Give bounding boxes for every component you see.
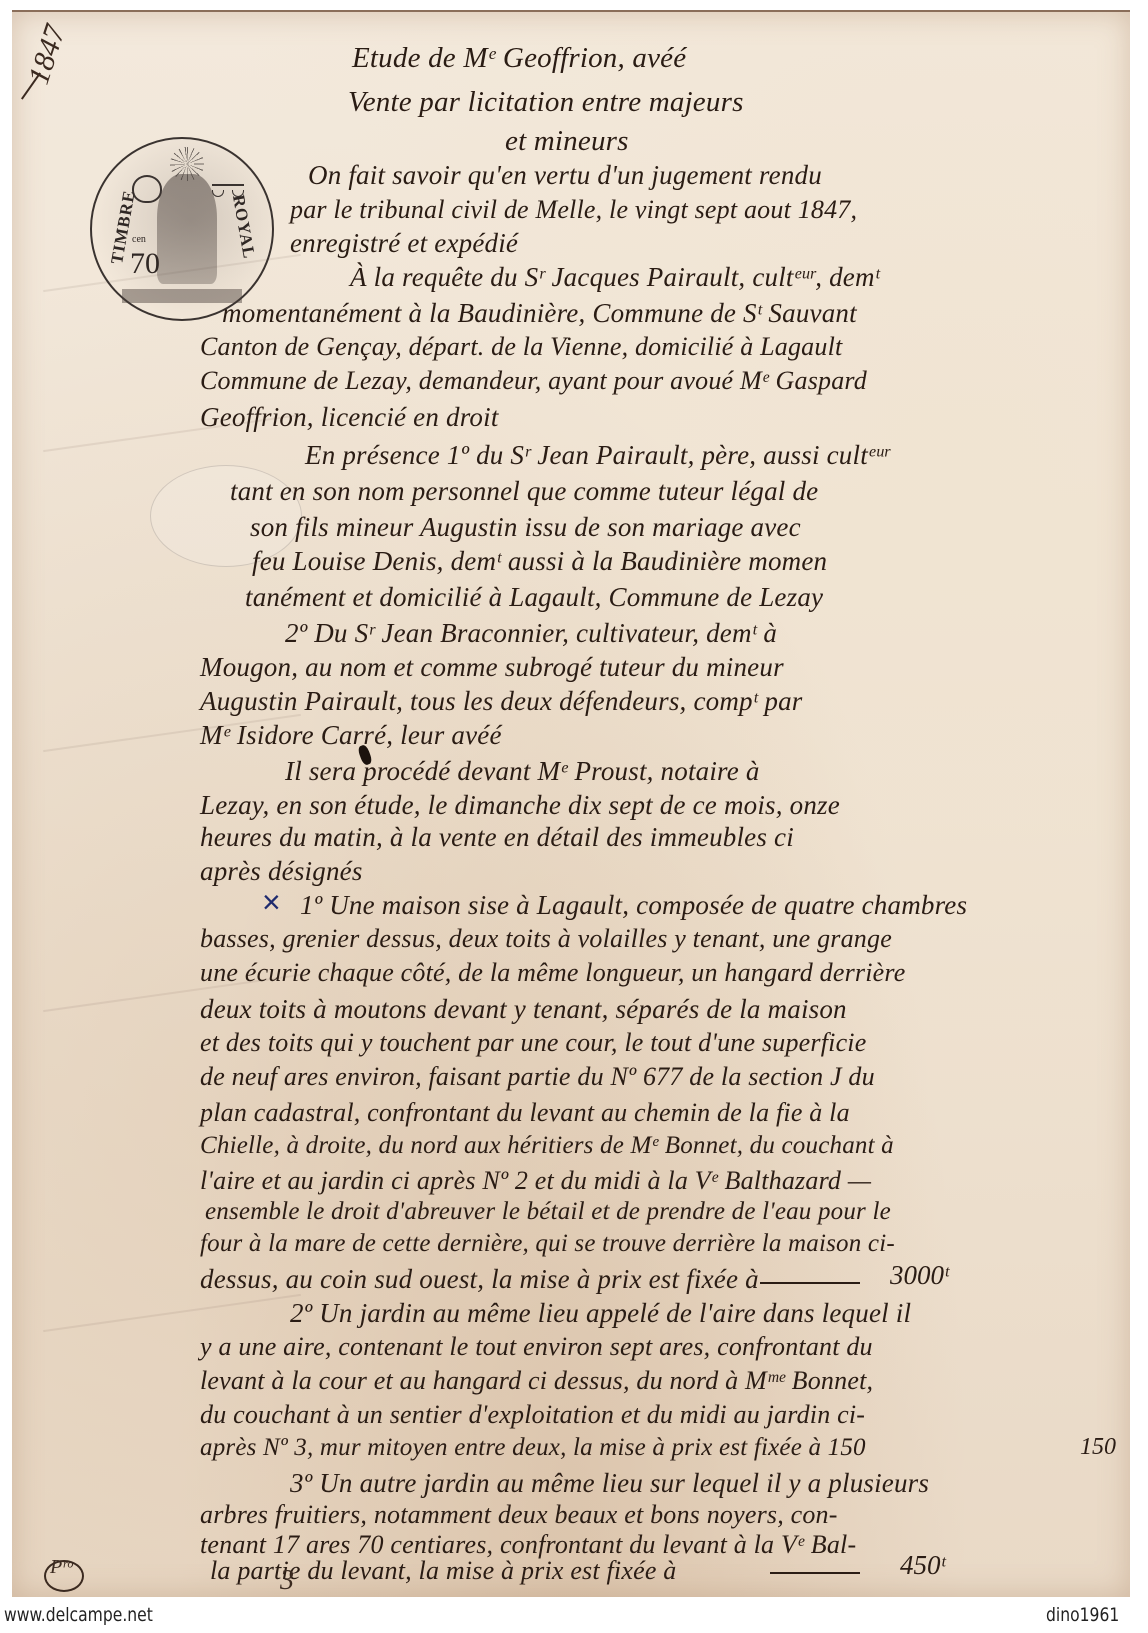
body-line: Il sera procédé devant Mᵉ Proust, notair… (285, 756, 760, 787)
lot-line: deux toits à moutons devant y tenant, sé… (200, 994, 847, 1025)
lot-line: de neuf ares environ, faisant partie du … (200, 1062, 875, 1092)
lot-line: Chielle, à droite, du nord aux héritiers… (200, 1132, 894, 1160)
seated-justice-figure-icon (157, 174, 217, 284)
lot-line: 3º Un autre jardin au même lieu sur lequ… (290, 1468, 929, 1499)
margin-initials-text: Pʳᵒ (50, 1556, 72, 1579)
header-etude: Etude de Mᵉ Geoffrion, avéé (352, 42, 686, 75)
stamp-right-text: ROYAL (228, 193, 259, 260)
watermark-seller: dino1961 (1046, 1604, 1119, 1626)
price-leader-line (770, 1572, 860, 1574)
lot-line: et des toits qui y touchent par une cour… (200, 1028, 866, 1058)
lot-line: du couchant à un sentier d'exploitation … (200, 1400, 865, 1430)
lot-line: plan cadastral, confrontant du levant au… (200, 1098, 850, 1128)
royal-tax-stamp: TIMBRE ROYAL cen 70 (90, 137, 274, 321)
lot-line: basses, grenier dessus, deux toits à vol… (200, 924, 892, 954)
header-title: Vente par licitation entre majeurs (348, 86, 744, 119)
body-line: momentanément à la Baudinière, Commune d… (222, 298, 857, 329)
stamp-cent-label: cen (132, 234, 146, 245)
body-line: son fils mineur Augustin issu de son mar… (250, 512, 801, 543)
body-line: tant en son nom personnel que comme tute… (230, 476, 818, 507)
blue-cross-mark: × (262, 884, 281, 921)
body-line: tanément et domicilié à Lagault, Commune… (245, 582, 823, 613)
lot-line: après Nº 3, mur mitoyen entre deux, la m… (200, 1434, 866, 1462)
lot-line: 2º Un jardin au même lieu appelé de l'ai… (290, 1298, 911, 1329)
body-line: Mougon, au nom et comme subrogé tuteur d… (200, 652, 784, 683)
lot3-price: 450ᵗ (900, 1550, 945, 1581)
lot2-price: 150 (1080, 1434, 1116, 1461)
price-leader-line (760, 1282, 860, 1284)
body-line: À la requête du Sʳ Jacques Pairault, cul… (350, 262, 879, 293)
lot1-price: 3000ᵗ (890, 1260, 949, 1291)
lot-line: 1º Une maison sise à Lagault, composée d… (300, 890, 967, 921)
lot-line: levant à la cour et au hangard ci dessus… (200, 1366, 873, 1396)
lot-line: four à la mare de cette dernière, qui se… (200, 1230, 895, 1258)
body-line: On fait savoir qu'en vertu d'un jugement… (308, 160, 822, 191)
stamp-value: 70 (130, 247, 160, 281)
margin-initials-mark: Pʳᵒ (44, 1560, 84, 1592)
watermark-site: www.delcampe.net (4, 1604, 153, 1626)
body-line: Augustin Pairault, tous les deux défende… (200, 686, 803, 717)
header-subtitle: et mineurs (505, 125, 629, 158)
lot-line: dessus, au coin sud ouest, la mise à pri… (200, 1264, 759, 1295)
body-line: Geoffrion, licencié en droit (200, 402, 499, 433)
lot-line: arbres fruitiers, notamment deux beaux e… (200, 1500, 838, 1530)
body-line: après désignés (200, 856, 363, 887)
body-line: Mᵉ Isidore Carré, leur avéé (200, 720, 502, 751)
lot-line: y a une aire, contenant le tout environ … (200, 1332, 873, 1362)
body-line: par le tribunal civil de Melle, le vingt… (290, 195, 857, 225)
body-line: enregistré et expédié (290, 228, 518, 259)
lot-line: une écurie chaque côté, de la même longu… (200, 958, 905, 988)
lot-line: l'aire et au jardin ci après Nº 2 et du … (200, 1166, 871, 1196)
body-line: 2º Du Sʳ Jean Braconnier, cultivateur, d… (285, 618, 777, 649)
body-line: Commune de Lezay, demandeur, ayant pour … (200, 366, 867, 396)
body-line: feu Louise Denis, demᵗ aussi à la Baudin… (252, 546, 827, 577)
lot-line: ensemble le droit d'abreuver le bétail e… (205, 1198, 891, 1226)
body-line: Canton de Gençay, départ. de la Vienne, … (200, 332, 842, 362)
body-line: Lezay, en son étude, le dimanche dix sep… (200, 790, 840, 821)
page-number: 3 (280, 1565, 294, 1597)
body-line: En présence 1º du Sʳ Jean Pairault, père… (305, 440, 890, 471)
body-line: heures du matin, à la vente en détail de… (200, 822, 794, 853)
bleed-through-mark (43, 1294, 301, 1332)
